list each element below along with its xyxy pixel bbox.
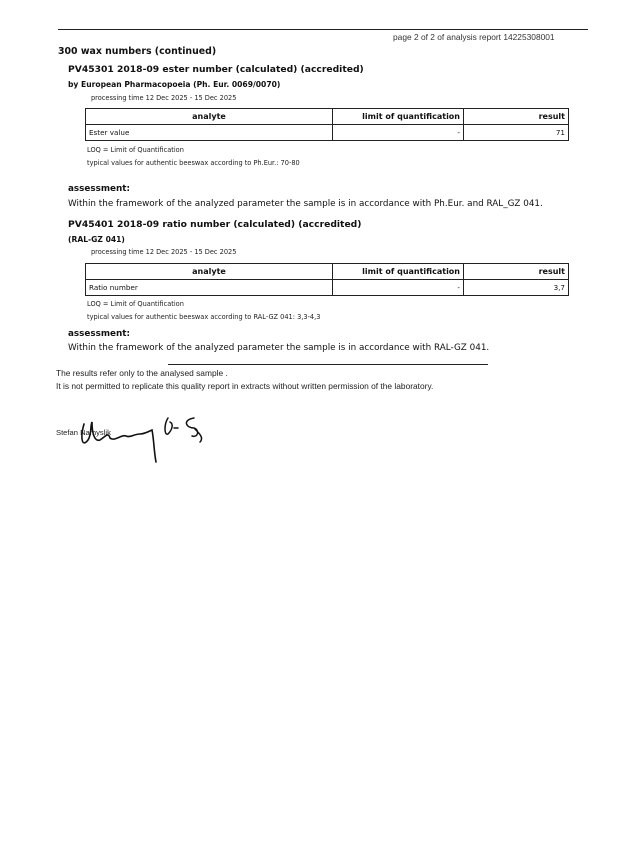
assessment-text-ratio: Within the framework of the analyzed par…	[68, 343, 489, 353]
cell-analyte: Ester value	[86, 125, 333, 141]
page-info: page 2 of 2 of analysis report 142253080…	[393, 32, 555, 42]
assessment-text-ester: Within the framework of the analyzed par…	[68, 199, 543, 209]
section-title: 300 wax numbers (continued)	[58, 46, 216, 57]
cell-result: 71	[464, 125, 569, 141]
column-header-result: result	[464, 264, 569, 280]
table-header-row: analyte limit of quantification result	[86, 109, 569, 125]
method-subtitle-ester: by European Pharmacopoeia (Ph. Eur. 0069…	[68, 80, 280, 89]
results-table-ratio: analyte limit of quantification result R…	[85, 263, 569, 296]
column-header-analyte: analyte	[86, 109, 333, 125]
method-title-ester: PV45301 2018-09 ester number (calculated…	[68, 64, 364, 75]
processing-time-ratio: processing time 12 Dec 2025 - 15 Dec 202…	[91, 248, 236, 256]
table-row: Ester value - 71	[86, 125, 569, 141]
column-header-loq: limit of quantification	[333, 264, 464, 280]
method-subtitle-ratio: (RAL-GZ 041)	[68, 235, 125, 244]
footer-divider	[168, 364, 488, 365]
cell-analyte: Ratio number	[86, 280, 333, 296]
method-title-ratio: PV45401 2018-09 ratio number (calculated…	[68, 219, 361, 230]
cell-loq: -	[333, 280, 464, 296]
typical-values-note-ester: typical values for authentic beeswax acc…	[87, 159, 300, 167]
loq-note-ratio: LOQ = Limit of Quantification	[87, 300, 184, 308]
processing-time-ester: processing time 12 Dec 2025 - 15 Dec 202…	[91, 94, 236, 102]
signature-icon	[70, 410, 220, 470]
footer-disclaimer-2: It is not permitted to replicate this qu…	[56, 381, 433, 391]
typical-values-note-ratio: typical values for authentic beeswax acc…	[87, 313, 320, 321]
column-header-analyte: analyte	[86, 264, 333, 280]
table-row: Ratio number - 3,7	[86, 280, 569, 296]
assessment-label-ratio: assessment:	[68, 329, 130, 339]
cell-result: 3,7	[464, 280, 569, 296]
column-header-loq: limit of quantification	[333, 109, 464, 125]
table-header-row: analyte limit of quantification result	[86, 264, 569, 280]
cell-loq: -	[333, 125, 464, 141]
results-table-ester: analyte limit of quantification result E…	[85, 108, 569, 141]
loq-note-ester: LOQ = Limit of Quantification	[87, 146, 184, 154]
top-rule	[58, 29, 588, 30]
assessment-label-ester: assessment:	[68, 184, 130, 194]
footer-disclaimer-1: The results refer only to the analysed s…	[56, 368, 228, 378]
column-header-result: result	[464, 109, 569, 125]
